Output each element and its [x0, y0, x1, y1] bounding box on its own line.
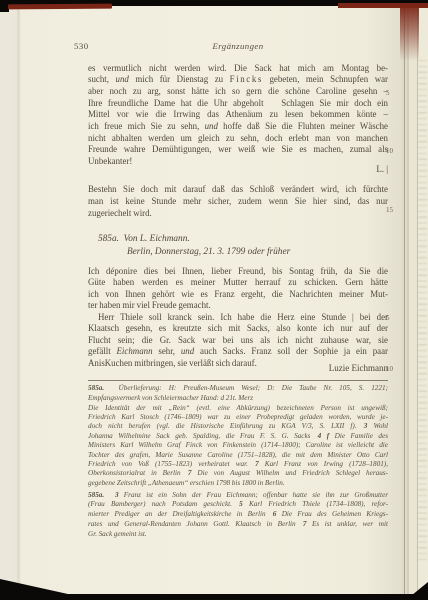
text-line: ter haben mir viel Freude gemacht.: [88, 300, 388, 311]
footnote-line: doch nicht berufen (vgl. die Historische…: [88, 422, 388, 431]
text-line: nicht abhalten werden um gleich zu sehn,…: [88, 133, 388, 145]
footnote-line: Friedrich von Voß (1755–1823) verheirate…: [88, 460, 388, 469]
text-line: aber noch zu arg, sonst hätte ich so ger…: [88, 86, 388, 98]
book-cover-stripe-left: [8, 4, 112, 10]
footnote-line: mierter Prediger an der Dreifaltigkeitsk…: [88, 510, 388, 520]
text-line: Mittel vor wie die Irrwing das Athenäum …: [88, 109, 388, 121]
bottom-scan-border: [0, 594, 428, 600]
scanned-book-page: 530 Ergänzungen es vermutlich nicht werd…: [0, 0, 428, 600]
footnote-line: Tochter des grafen, Marie Susanne Caroli…: [88, 451, 388, 460]
text-line: zugeriechelt wird.: [88, 208, 388, 220]
text-line: ich von Ihnen gehört wie es Franz ergeht…: [88, 289, 388, 300]
footnote-line: Johanna Wilhelmine Sack geb. Spalding, d…: [88, 432, 388, 441]
book-cover-stripe-right: [338, 3, 428, 8]
margin-line-number: 5: [386, 89, 402, 97]
letter-dateline: Berlin, Donnerstag, 21. 3. 1799 oder frü…: [88, 246, 388, 259]
footnote-line: 585a. Überlieferung: H: Preußen-Museum W…: [88, 384, 388, 394]
footnote-line: Empfangsvermerk von Schleiermacher Hand:…: [88, 394, 388, 404]
text-line: es vermutlich nicht werden wird. Die Sac…: [88, 63, 388, 75]
letter-signature: Luzie Eichmann: [88, 363, 388, 373]
margin-line-number: 15: [386, 206, 402, 214]
text-line: Freunde wahre Demühtigungen, wer weiß wi…: [88, 144, 388, 156]
page-header: 530 Ergänzungen: [88, 41, 388, 51]
continued-letter-paragraph: es vermutlich nicht werden wird. Die Sac…: [88, 63, 388, 168]
text-line: Ich déponire dies bei Ihnen, lieber Freu…: [88, 266, 388, 277]
text-line: Güte haben werden es meiner Mutter herra…: [88, 277, 388, 288]
letter-heading: 585a. Von L. Eichmann. Berlin, Donnersta…: [88, 233, 388, 259]
running-head: Ergänzungen: [88, 41, 388, 51]
footnote-line: rates und General-Rendanten Johann Gottl…: [88, 520, 388, 530]
text-line: Ihre freundliche Dame hat die Uhr abgeho…: [88, 98, 388, 110]
text-line: sucht, und mich für Dienstag zu Fincks g…: [88, 74, 388, 86]
apparatus-notes-previous-letter: Die Identität der mit „Rein“ (evtl. eine…: [88, 404, 388, 488]
footnote-line: gegebene Zeitschrift „Athenaeum“ erschie…: [88, 479, 388, 488]
footnote-line: Oberkonsistorialrat in Berlin 7 Die von …: [88, 469, 388, 478]
right-page-stack-edge: [404, 0, 428, 600]
margin-line-number: 10: [386, 365, 402, 373]
footnote-line: Gr. Sack gemeint ist.: [88, 530, 388, 540]
text-line: Flucht sein; die Gr. Sack war bei uns al…: [88, 335, 388, 346]
spine-shadow: [400, 5, 419, 61]
text-line: gefällt Eichmann sehr, und auch Sacks. F…: [88, 346, 388, 357]
text-line: Bestehn Sie doch mit darauf daß das Schl…: [88, 184, 388, 196]
margin-line-number: 10: [386, 147, 402, 155]
footnote-line: Friedrich Karl Stosch (1746–1809) war zu…: [88, 413, 388, 422]
text-line: ich freue mich Sie zu sehn, und hoffe da…: [88, 121, 388, 133]
text-line: Herr Thiele soll kranck sein. Ich habe d…: [88, 312, 388, 323]
text-line: man ist keine Stunde mehr sicher, zudem …: [88, 196, 388, 208]
margin-line-number: 5: [386, 314, 402, 322]
apparatus-notes-585a: 585a. 3 Franz ist ein Sohn der Frau Eich…: [88, 491, 388, 540]
text-line: Klaatsch gesehn, es kreutzte sich mit Sa…: [88, 323, 388, 334]
footnote-line: 585a. 3 Franz ist ein Sohn der Frau Eich…: [88, 491, 388, 501]
continued-letter-postscript: Bestehn Sie doch mit darauf daß das Schl…: [88, 184, 388, 219]
letter-number-title: 585a. Von L. Eichmann.: [88, 233, 388, 246]
footnote-line: Die Identität der mit „Rein“ (evtl. eine…: [88, 404, 388, 413]
apparatus-transmission: 585a. Überlieferung: H: Preußen-Museum W…: [88, 384, 388, 404]
pagebreak-mark: L. |: [88, 164, 388, 174]
page-number: 530: [74, 41, 89, 51]
footnote-rule: [88, 380, 388, 381]
letter-body: Ich déponire dies bei Ihnen, lieber Freu…: [88, 266, 388, 369]
footnote-line: Ministers Karl Wilhelm Graf Finck von Fi…: [88, 441, 388, 450]
footnote-line: (Frau Bamberger) nach Potsdam geschickt.…: [88, 500, 388, 510]
bleed-through-text: [418, 60, 427, 560]
